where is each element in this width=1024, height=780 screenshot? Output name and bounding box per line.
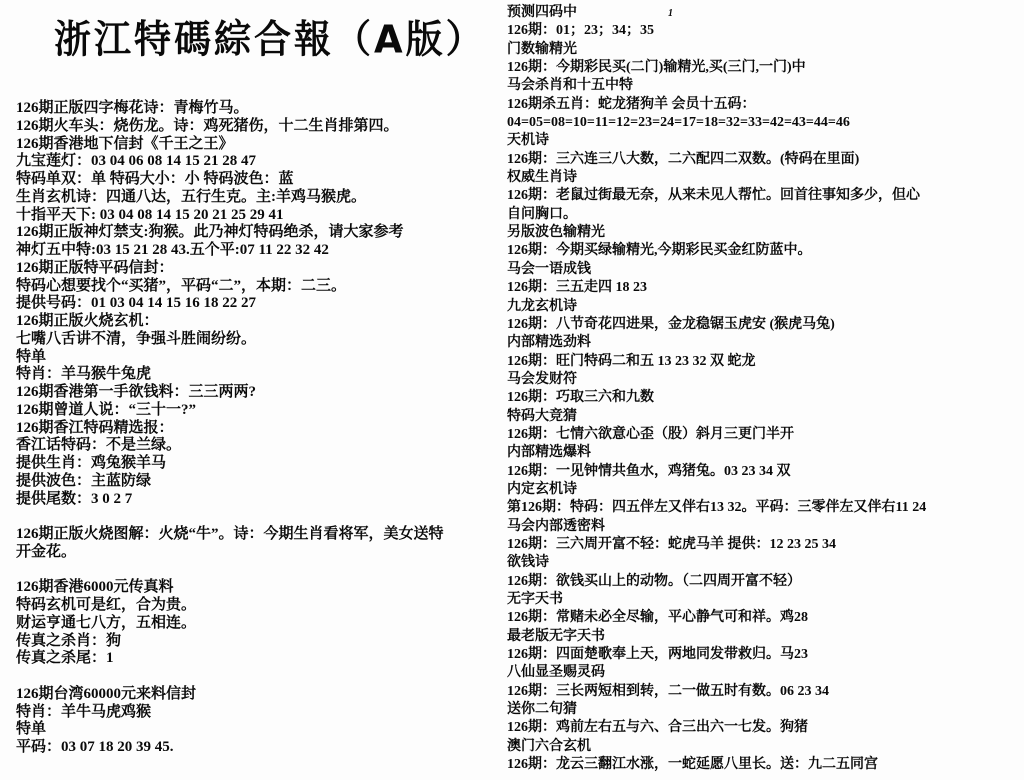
text-line: 126期曾道人说：“三十一?” [16, 402, 496, 420]
text-line: 126期：常赌未必全尽输，平心静气可和祥。鸡28 [507, 609, 1019, 627]
text-line: 香江话特码：不是兰绿。 [16, 437, 496, 455]
text-line: 内定玄机诗 [507, 481, 1019, 499]
text-line: 126期台湾60000元来料信封 [16, 686, 496, 704]
text-line: 126期：欲钱买山上的动物。（二四周开富不轻） [507, 573, 1019, 591]
text-line: 内部精选爆料 [507, 444, 1019, 462]
text-line: 平码：03 07 18 20 39 45. [16, 739, 496, 757]
text-line: 预测四码中 [507, 4, 1019, 22]
text-line [16, 508, 496, 526]
text-line: 十指平天下: 03 04 08 14 15 20 21 25 29 41 [16, 207, 496, 225]
right-column: 预测四码中 126期：01；23；34；35 门数输精光 126期：今期彩民买(… [507, 4, 1019, 774]
text-line: 提供波色：主蓝防绿 [16, 473, 496, 491]
text-line: 126期：三六周开富不轻：蛇虎马羊 提供：12 23 25 34 [507, 536, 1019, 554]
text-line: 特码大竞猜 [507, 408, 1019, 426]
text-line: 126期香港第一手欲钱料：三三两两? [16, 384, 496, 402]
text-line: 传真之杀肖：狗 [16, 633, 496, 651]
text-line: 126期：鸡前左右五与六、合三出六一七发。狗猪 [507, 719, 1019, 737]
text-line: 第126期：特码：四五伴左又伴右13 32。平码：三零伴左又伴右11 24 [507, 499, 1019, 517]
text-line: 126期：七情六欲意心歪（股）斜月三更门半开 [507, 426, 1019, 444]
text-line: 126期正版火烧图解：火烧“牛”。诗：今期生肖看将军，美女送特 [16, 526, 496, 544]
text-line: 126期：三长两短相到转，二一做五时有数。06 23 34 [507, 683, 1019, 701]
text-line: 提供号码：01 03 04 14 15 16 18 22 27 [16, 295, 496, 313]
left-column: 126期正版四字梅花诗：青梅竹马。 126期火车头：烧伤龙。诗：鸡死猪伤，十二生… [16, 100, 496, 757]
text-line: 无字天书 [507, 591, 1019, 609]
text-line: 126期杀五肖：蛇龙猪狗羊 会员十五码： [507, 96, 1019, 114]
text-line: 权威生肖诗 [507, 169, 1019, 187]
text-line: 126期：八节奇花四进果，金龙稳锯玉虎安 (猴虎马兔) [507, 316, 1019, 334]
text-line: 126期：老鼠过街最无奈，从来未见人帮忙。回首往事知多少，但心 [507, 187, 1019, 205]
text-line: 126期正版特平码信封： [16, 260, 496, 278]
text-line: 126期：三六连三八大数，二六配四二双数。(特码在里面) [507, 151, 1019, 169]
text-line: 126期：三五走四 18 23 [507, 279, 1019, 297]
text-line: 126期香江特码精选报： [16, 420, 496, 438]
text-line: 126期：龙云三翻江水涨，一蛇延愿八里长。送：九二五同宫 [507, 756, 1019, 774]
text-line: 自问胸口。 [507, 206, 1019, 224]
text-line: 126期火车头：烧伤龙。诗：鸡死猪伤，十二生肖排第四。 [16, 118, 496, 136]
text-line: 126期正版神灯禁支:狗猴。此乃神灯特码绝杀，请大家参考 [16, 224, 496, 242]
text-line: 126期：今期买绿输精光,今期彩民买金红防蓝中。 [507, 242, 1019, 260]
text-line: 马会杀肖和十五中特 [507, 77, 1019, 95]
page-title: 浙江特碼綜合報（A版） [54, 8, 486, 64]
text-line: 提供尾数：3 0 2 7 [16, 491, 496, 509]
text-line: 126期：巧取三六和九数 [507, 389, 1019, 407]
text-line: 开金花。 [16, 544, 496, 562]
text-line: 内部精选劲料 [507, 334, 1019, 352]
text-line: 特单 [16, 349, 496, 367]
text-line: 特单 [16, 721, 496, 739]
text-line: 送你二句猜 [507, 701, 1019, 719]
text-line: 特码玄机可是红，合为贵。 [16, 597, 496, 615]
text-line: 126期：一见钟情共鱼水，鸡猪兔。03 23 34 双 [507, 463, 1019, 481]
text-line: 马会内部透密料 [507, 518, 1019, 536]
text-line: 126期：四面楚歌奉上天，两地同发带救归。马23 [507, 646, 1019, 664]
scanned-lottery-report-page: 浙江特碼綜合報（A版） 1 126期正版四字梅花诗：青梅竹马。 126期火车头：… [0, 0, 1024, 780]
text-line [16, 668, 496, 686]
text-line: 04=05=08=10=11=12=23=24=17=18=32=33=42=4… [507, 114, 1019, 132]
text-line: 最老版无字天书 [507, 628, 1019, 646]
text-line: 另版波色输精光 [507, 224, 1019, 242]
text-line: 特码单双：单 特码大小：小 特码波色：蓝 [16, 171, 496, 189]
text-line: 126期：01；23；34；35 [507, 22, 1019, 40]
text-line: 门数输精光 [507, 41, 1019, 59]
text-line: 欲钱诗 [507, 554, 1019, 572]
text-line: 126期香港地下信封《千王之王》 [16, 136, 496, 154]
text-line: 特肖：羊牛马虎鸡猴 [16, 704, 496, 722]
text-line: 九宝莲灯：03 04 06 08 14 15 21 28 47 [16, 153, 496, 171]
text-line: 神灯五中特:03 15 21 28 43.五个平:07 11 22 32 42 [16, 242, 496, 260]
text-line: 马会发财符 [507, 371, 1019, 389]
text-line: 澳门六合玄机 [507, 738, 1019, 756]
text-line: 特肖：羊马猴牛兔虎 [16, 366, 496, 384]
text-line: 七嘴八舌讲不清，争强斗胜闹纷纷。 [16, 331, 496, 349]
text-line: 传真之杀尾：1 [16, 650, 496, 668]
text-line: 天机诗 [507, 132, 1019, 150]
text-line: 马会一语成钱 [507, 261, 1019, 279]
text-line: 特码心想要找个“买猪”，平码“二”，本期：二三。 [16, 278, 496, 296]
text-line: 财运亨通七八方，五相连。 [16, 615, 496, 633]
text-line: 九龙玄机诗 [507, 298, 1019, 316]
text-line: 生肖玄机诗：四通八达，五行生克。主:羊鸡马猴虎。 [16, 189, 496, 207]
text-line: 126期：今期彩民买(二门)输精光,买(三门,一门)中 [507, 59, 1019, 77]
text-line: 126期正版火烧玄机： [16, 313, 496, 331]
text-line: 126期香港6000元传真料 [16, 579, 496, 597]
text-line: 126期：旺门特码二和五 13 23 32 双 蛇龙 [507, 353, 1019, 371]
text-line [16, 562, 496, 580]
text-line: 提供生肖：鸡兔猴羊马 [16, 455, 496, 473]
text-line: 八仙显圣赐灵码 [507, 664, 1019, 682]
text-line: 126期正版四字梅花诗：青梅竹马。 [16, 100, 496, 118]
